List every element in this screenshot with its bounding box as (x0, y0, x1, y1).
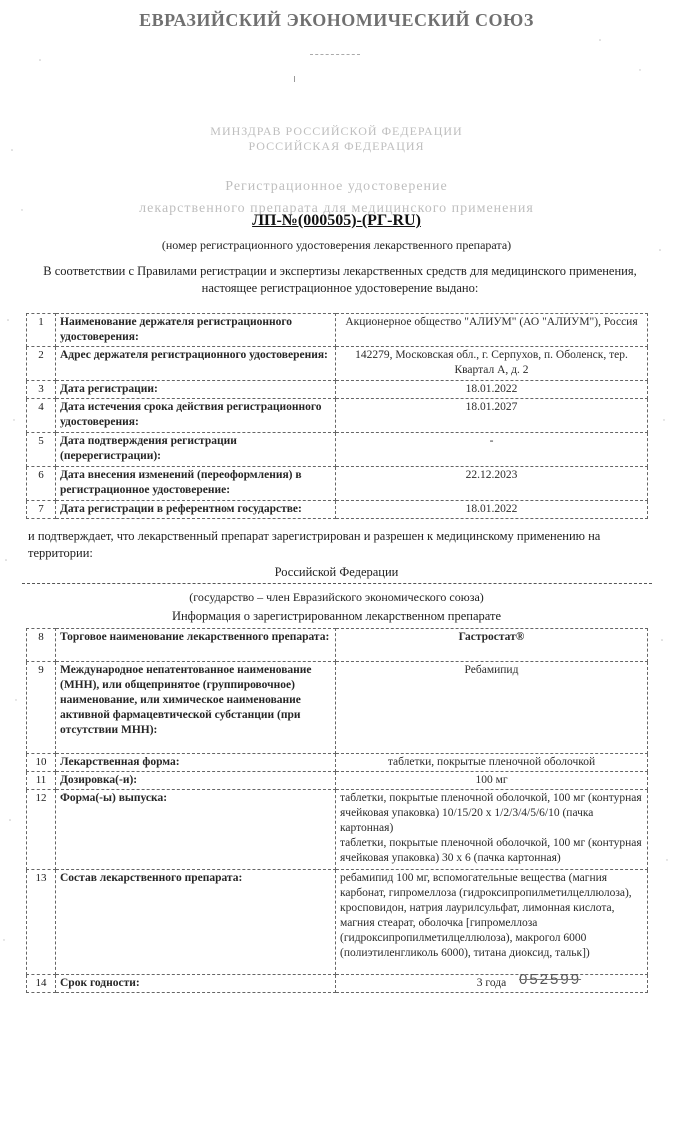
cert-line-1: Регистрационное удостоверение (0, 176, 673, 198)
country-name: Российской Федерации (0, 565, 673, 580)
dosage-form-value: таблетки, покрытые пленочной оболочкой (336, 754, 648, 772)
row-value: - (336, 433, 648, 467)
row-number: 11 (27, 772, 56, 790)
row-label: Срок годности: (56, 975, 336, 993)
row-number: 8 (27, 629, 56, 662)
registration-number-caption: (номер регистрационного удостоверения ле… (0, 238, 673, 253)
row-value: 22.12.2023 (336, 467, 648, 501)
table-row: 8 Торговое наименование лекарственного п… (27, 629, 648, 662)
union-title: ЕВРАЗИЙСКИЙ ЭКОНОМИЧЕСКИЙ СОЮЗ (0, 10, 673, 31)
inn-value: Ребамипид (336, 662, 648, 754)
drug-info-table: 8 Торговое наименование лекарственного п… (26, 628, 648, 993)
row-label: Адрес держателя регистрационного удостов… (56, 347, 336, 381)
table-row: 12 Форма(-ы) выпуска: таблетки, покрытые… (27, 790, 648, 870)
serial-number: 052599 (519, 971, 581, 988)
ministry-line-2: РОССИЙСКАЯ ФЕДЕРАЦИЯ (0, 139, 673, 154)
row-value: 18.01.2022 (336, 501, 648, 519)
row-number: 14 (27, 975, 56, 993)
row-label: Дата истечения срока действия регистраци… (56, 399, 336, 433)
holder-info-table: 1 Наименование держателя регистрационног… (26, 313, 648, 519)
table-row: 5 Дата подтверждения регистрации (перере… (27, 433, 648, 467)
table-row: 7 Дата регистрации в референтном государ… (27, 501, 648, 519)
table-row: 4 Дата истечения срока действия регистра… (27, 399, 648, 433)
row-number: 9 (27, 662, 56, 754)
table-row: 9 Международное непатентованное наименов… (27, 662, 648, 754)
confirm-paragraph: и подтверждает, что лекарственный препар… (28, 528, 648, 562)
row-label: Дата внесения изменений (переоформления)… (56, 467, 336, 501)
row-number: 7 (27, 501, 56, 519)
dosage-value: 100 мг (336, 772, 648, 790)
row-number: 2 (27, 347, 56, 381)
composition-value: ребамипид 100 мг, вспомогательные вещест… (336, 870, 648, 975)
decorative-tick (294, 76, 295, 82)
ministry-line-1: МИНЗДРАВ РОССИЙСКОЙ ФЕДЕРАЦИИ (0, 124, 673, 139)
shelf-life-value: 3 года (336, 975, 648, 993)
row-value: Акционерное общество "АЛИУМ" (АО "АЛИУМ"… (336, 314, 648, 347)
table-row: 2 Адрес держателя регистрационного удост… (27, 347, 648, 381)
intro-paragraph: В соответствии с Правилами регистрации и… (40, 263, 640, 297)
registration-number: ЛП-№(000505)-(РГ-RU) (0, 212, 673, 230)
country-underline (22, 583, 652, 584)
country-caption: (государство – член Евразийского экономи… (0, 590, 673, 605)
row-label: Дата регистрации в референтном государст… (56, 501, 336, 519)
row-number: 12 (27, 790, 56, 870)
row-number: 10 (27, 754, 56, 772)
row-value: 142279, Московская обл., г. Серпухов, п.… (336, 347, 648, 381)
row-label: Наименование держателя регистрационного … (56, 314, 336, 347)
table-row: 11 Дозировка(-и): 100 мг (27, 772, 648, 790)
release-form-value: таблетки, покрытые пленочной оболочкой, … (336, 790, 648, 870)
table-row: 10 Лекарственная форма: таблетки, покрыт… (27, 754, 648, 772)
row-label: Форма(-ы) выпуска: (56, 790, 336, 870)
row-number: 3 (27, 381, 56, 399)
row-number: 4 (27, 399, 56, 433)
row-number: 5 (27, 433, 56, 467)
row-value: 18.01.2022 (336, 381, 648, 399)
row-label: Торговое наименование лекарственного пре… (56, 629, 336, 662)
row-label: Дата регистрации: (56, 381, 336, 399)
table-row: 1 Наименование держателя регистрационног… (27, 314, 648, 347)
table-row: 13 Состав лекарственного препарата: реба… (27, 870, 648, 975)
decorative-dash (310, 54, 360, 56)
row-label: Лекарственная форма: (56, 754, 336, 772)
row-number: 1 (27, 314, 56, 347)
row-label: Международное непатентованное наименован… (56, 662, 336, 754)
drug-info-title: Информация о зарегистрированном лекарств… (0, 609, 673, 624)
row-value: 18.01.2027 (336, 399, 648, 433)
table-row: 6 Дата внесения изменений (переоформлени… (27, 467, 648, 501)
row-label: Состав лекарственного препарата: (56, 870, 336, 975)
row-label: Дата подтверждения регистрации (перереги… (56, 433, 336, 467)
row-label: Дозировка(-и): (56, 772, 336, 790)
row-number: 6 (27, 467, 56, 501)
table-row: 3 Дата регистрации: 18.01.2022 (27, 381, 648, 399)
row-number: 13 (27, 870, 56, 975)
ministry-heading: МИНЗДРАВ РОССИЙСКОЙ ФЕДЕРАЦИИ РОССИЙСКАЯ… (0, 124, 673, 154)
trade-name-value: Гастростат® (336, 629, 648, 662)
